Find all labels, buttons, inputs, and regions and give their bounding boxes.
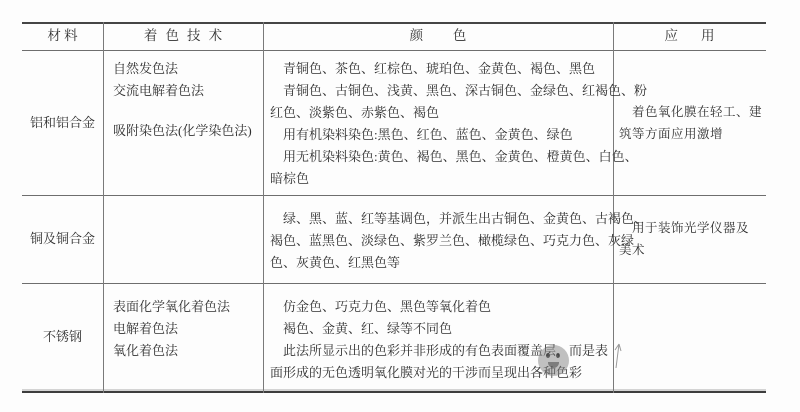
- technique-cell-stainless-steel: 表面化学氧化着色法 电解着色法 氧化着色法: [103, 283, 273, 404]
- material-cell-copper: 铜及铜合金: [22, 195, 103, 283]
- application-line: 筑等方面应用激增: [613, 123, 766, 145]
- color-line: 暗棕色: [270, 168, 620, 190]
- watermark-eye-dot: [546, 353, 550, 358]
- color-line: 用无机染料染色:黄色、褐色、黑色、金黄色、橙黄色、白色、: [270, 146, 620, 168]
- watermark-eye-dot: [556, 353, 560, 358]
- color-line: 褐色、金黄、红、绿等不同色: [270, 318, 620, 340]
- column-header-material-label: 材料: [47, 25, 81, 47]
- color-line: 色、灰黄色、红黑色等: [270, 252, 620, 274]
- material-cell-stainless-steel: 不锈钢: [22, 283, 103, 391]
- technique-line: 吸附染色法(化学染色法): [113, 120, 273, 142]
- color-cell-stainless-steel: 仿金色、巧克力色、黑色等氧化着色 褐色、金黄、红、绿等不同色 此法所显示出的色彩…: [263, 283, 620, 404]
- color-cell-copper: 绿、黑、蓝、红等基调色，并派生出古铜色、金黄色、古褐色、 褐色、蓝黑色、淡绿色、…: [263, 195, 620, 296]
- application-line: 着色氧化膜在轻工、建: [613, 101, 766, 123]
- color-line: 褐色、蓝黑色、淡绿色、紫罗兰色、橄榄绿色、巧克力色、灰绿: [270, 230, 620, 252]
- color-line: 用有机染料染色:黑色、红色、蓝色、金黄色、绿色: [270, 124, 620, 146]
- technique-line-gap: [113, 102, 273, 120]
- material-label: 铝和铝合金: [30, 112, 95, 134]
- color-line: 红色、淡紫色、赤紫色、褐色: [270, 102, 620, 124]
- technique-line: 表面化学氧化着色法: [113, 296, 273, 318]
- technique-line: 交流电解着色法: [113, 80, 273, 102]
- application-cell-aluminum: 着色氧化膜在轻工、建 筑等方面应用激增: [613, 50, 766, 195]
- circle-face-watermark-icon: [538, 345, 569, 376]
- technique-cell-copper: [103, 195, 273, 283]
- application-line: 美术: [613, 239, 766, 261]
- application-cell-copper: 用于装饰光学仪器及 美术: [613, 195, 766, 283]
- column-header-color-label: 颜色: [410, 25, 496, 47]
- scanned-table-page: 材料 着色技术 颜色 应用 铝和铝合金 自然发色法 交流电解着色法 吸附染色法(…: [0, 0, 800, 412]
- material-label: 铜及铜合金: [30, 228, 95, 250]
- technique-cell-aluminum: 自然发色法 交流电解着色法 吸附染色法(化学染色法): [103, 50, 273, 203]
- column-header-technique: 着色技术: [103, 22, 263, 50]
- column-header-application: 应用: [613, 22, 766, 50]
- column-header-material: 材料: [22, 22, 103, 50]
- watermark-mouth-shape: [548, 362, 559, 368]
- technique-line: 氧化着色法: [113, 340, 273, 362]
- material-cell-aluminum: 铝和铝合金: [22, 50, 103, 195]
- material-label: 不锈钢: [43, 326, 82, 348]
- technique-line: 自然发色法: [113, 58, 273, 80]
- scan-pen-arrow-icon: [610, 340, 626, 370]
- color-cell-aluminum: 青铜色、茶色、红棕色、琥珀色、金黄色、褐色、黑色 青铜色、古铜色、浅黄、黑色、深…: [263, 50, 620, 203]
- column-header-technique-label: 着色技术: [144, 25, 230, 47]
- column-header-color: 颜色: [263, 22, 613, 50]
- color-line: 仿金色、巧克力色、黑色等氧化着色: [270, 296, 620, 318]
- color-line: 绿、黑、蓝、红等基调色，并派生出古铜色、金黄色、古褐色、: [270, 208, 620, 230]
- application-cell-stainless-steel: [613, 283, 766, 391]
- technique-line: 电解着色法: [113, 318, 273, 340]
- color-line: 青铜色、古铜色、浅黄、黑色、深古铜色、金绿色、红褐色、粉: [270, 80, 620, 102]
- application-line: 用于装饰光学仪器及: [613, 217, 766, 239]
- column-header-application-label: 应用: [665, 25, 738, 47]
- color-line: 青铜色、茶色、红棕色、琥珀色、金黄色、褐色、黑色: [270, 58, 620, 80]
